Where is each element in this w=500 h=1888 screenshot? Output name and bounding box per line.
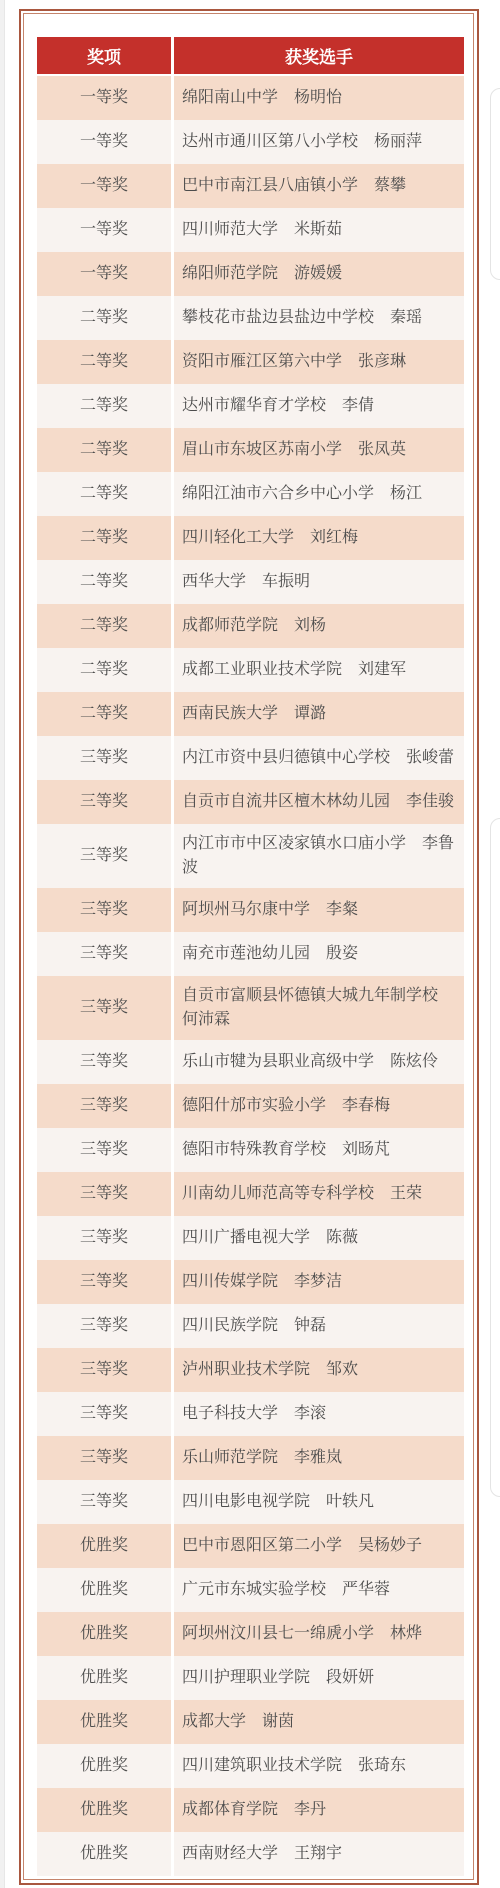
table-row: 三等奖 德阳什邡市实验小学 李春梅 xyxy=(37,1084,464,1128)
award-column-header: 奖项 xyxy=(37,37,174,74)
table-row: 三等奖 电子科技大学 李滚 xyxy=(37,1392,464,1436)
award-cell: 二等奖 xyxy=(37,604,174,648)
table-row: 二等奖 西南民族大学 谭潞 xyxy=(37,692,464,736)
table-row: 三等奖 乐山市犍为县职业高级中学 陈炫伶 xyxy=(37,1040,464,1084)
table-row: 三等奖 四川广播电视大学 陈薇 xyxy=(37,1216,464,1260)
award-cell: 三等奖 xyxy=(37,1128,174,1172)
table-row: 三等奖 阿坝州马尔康中学 李粲 xyxy=(37,888,464,932)
award-cell: 优胜奖 xyxy=(37,1612,174,1656)
winner-cell: 乐山市犍为县职业高级中学 陈炫伶 xyxy=(174,1040,464,1084)
award-cell: 二等奖 xyxy=(37,472,174,516)
winner-cell: 四川电影电视学院 叶轶凡 xyxy=(174,1480,464,1524)
winner-cell: 四川护理职业学院 段妍妍 xyxy=(174,1656,464,1700)
award-cell: 一等奖 xyxy=(37,120,174,164)
award-cell: 一等奖 xyxy=(37,252,174,296)
table-row: 优胜奖 广元市东城实验学校 严华蓉 xyxy=(37,1568,464,1612)
table-row: 三等奖 泸州职业技术学院 邹欢 xyxy=(37,1348,464,1392)
table-row: 三等奖 四川传媒学院 李梦洁 xyxy=(37,1260,464,1304)
award-cell: 二等奖 xyxy=(37,648,174,692)
table-row: 三等奖 乐山师范学院 李雅岚 xyxy=(37,1436,464,1480)
award-table-body: 一等奖 绵阳南山中学 杨明怡 一等奖 达州市通川区第八小学校 杨丽萍 一等奖 巴… xyxy=(37,76,464,1876)
award-cell: 一等奖 xyxy=(37,208,174,252)
award-cell: 三等奖 xyxy=(37,1436,174,1480)
table-row: 一等奖 绵阳南山中学 杨明怡 xyxy=(37,76,464,120)
article-page: 奖项 获奖选手 一等奖 绵阳南山中学 杨明怡 一等奖 达州市通川区第八小学校 杨… xyxy=(0,0,500,1888)
table-row: 二等奖 绵阳江油市六合乡中心小学 杨江 xyxy=(37,472,464,516)
award-cell: 三等奖 xyxy=(37,1480,174,1524)
winner-cell: 成都体育学院 李丹 xyxy=(174,1788,464,1832)
table-row: 三等奖 四川民族学院 钟磊 xyxy=(37,1304,464,1348)
table-row: 优胜奖 西南财经大学 王翔宇 xyxy=(37,1832,464,1876)
award-cell: 三等奖 xyxy=(37,780,174,824)
table-row: 优胜奖 成都大学 谢茵 xyxy=(37,1700,464,1744)
winner-cell: 西华大学 车振明 xyxy=(174,560,464,604)
award-cell: 三等奖 xyxy=(37,1216,174,1260)
winner-cell: 阿坝州马尔康中学 李粲 xyxy=(174,888,464,932)
table-row: 三等奖 自贡市富顺县怀德镇大城九年制学校 何沛霖 xyxy=(37,976,464,1040)
award-cell: 三等奖 xyxy=(37,1392,174,1436)
winner-cell: 成都工业职业技术学院 刘建军 xyxy=(174,648,464,692)
winner-cell: 德阳市特殊教育学校 刘旸芃 xyxy=(174,1128,464,1172)
table-row: 二等奖 资阳市雁江区第六中学 张彦琳 xyxy=(37,340,464,384)
winner-cell: 德阳什邡市实验小学 李春梅 xyxy=(174,1084,464,1128)
winner-cell: 四川传媒学院 李梦洁 xyxy=(174,1260,464,1304)
award-table: 奖项 获奖选手 一等奖 绵阳南山中学 杨明怡 一等奖 达州市通川区第八小学校 杨… xyxy=(37,37,464,1876)
winner-cell: 阿坝州汶川县七一绵虒小学 林烨 xyxy=(174,1612,464,1656)
winner-cell: 四川广播电视大学 陈薇 xyxy=(174,1216,464,1260)
table-row: 二等奖 眉山市东坡区苏南小学 张凤英 xyxy=(37,428,464,472)
winner-cell: 绵阳江油市六合乡中心小学 杨江 xyxy=(174,472,464,516)
table-row: 一等奖 达州市通川区第八小学校 杨丽萍 xyxy=(37,120,464,164)
award-cell: 三等奖 xyxy=(37,736,174,780)
table-row: 三等奖 南充市莲池幼儿园 殷姿 xyxy=(37,932,464,976)
award-cell: 三等奖 xyxy=(37,1304,174,1348)
award-cell: 优胜奖 xyxy=(37,1568,174,1612)
winner-cell: 乐山师范学院 李雅岚 xyxy=(174,1436,464,1480)
winner-cell: 巴中市南江县八庙镇小学 蔡攀 xyxy=(174,164,464,208)
winner-cell: 达州市耀华育才学校 李倩 xyxy=(174,384,464,428)
winner-cell: 攀枝花市盐边县盐边中学校 秦瑶 xyxy=(174,296,464,340)
table-header-row: 奖项 获奖选手 xyxy=(37,37,464,76)
table-row: 三等奖 内江市市中区凌家镇水口庙小学 李鲁波 xyxy=(37,824,464,888)
winner-column-header: 获奖选手 xyxy=(174,37,464,74)
award-cell: 优胜奖 xyxy=(37,1700,174,1744)
table-row: 三等奖 内江市资中县归德镇中心学校 张峻蕾 xyxy=(37,736,464,780)
award-cell: 一等奖 xyxy=(37,76,174,120)
page-left-edge xyxy=(0,0,5,1888)
winner-cell: 资阳市雁江区第六中学 张彦琳 xyxy=(174,340,464,384)
winner-cell: 电子科技大学 李滚 xyxy=(174,1392,464,1436)
table-row: 优胜奖 四川建筑职业技术学院 张琦东 xyxy=(37,1744,464,1788)
award-cell: 二等奖 xyxy=(37,296,174,340)
winner-cell: 内江市市中区凌家镇水口庙小学 李鲁波 xyxy=(174,824,464,888)
winner-cell: 四川轻化工大学 刘红梅 xyxy=(174,516,464,560)
table-row: 三等奖 川南幼儿师范高等专科学校 王荣 xyxy=(37,1172,464,1216)
winner-cell: 川南幼儿师范高等专科学校 王荣 xyxy=(174,1172,464,1216)
winner-cell: 西南民族大学 谭潞 xyxy=(174,692,464,736)
winner-cell: 自贡市富顺县怀德镇大城九年制学校 何沛霖 xyxy=(174,976,464,1040)
winner-cell: 巴中市恩阳区第二小学 吴杨妙子 xyxy=(174,1524,464,1568)
award-cell: 二等奖 xyxy=(37,516,174,560)
winner-cell: 四川建筑职业技术学院 张琦东 xyxy=(174,1744,464,1788)
table-row: 二等奖 成都工业职业技术学院 刘建军 xyxy=(37,648,464,692)
table-row: 三等奖 德阳市特殊教育学校 刘旸芃 xyxy=(37,1128,464,1172)
award-cell: 一等奖 xyxy=(37,164,174,208)
table-row: 三等奖 四川电影电视学院 叶轶凡 xyxy=(37,1480,464,1524)
winner-cell: 四川民族学院 钟磊 xyxy=(174,1304,464,1348)
table-row: 优胜奖 阿坝州汶川县七一绵虒小学 林烨 xyxy=(37,1612,464,1656)
table-row: 三等奖 自贡市自流井区檀木林幼儿园 李佳骏 xyxy=(37,780,464,824)
winner-cell: 绵阳师范学院 游媛媛 xyxy=(174,252,464,296)
award-cell: 三等奖 xyxy=(37,888,174,932)
winner-cell: 眉山市东坡区苏南小学 张凤英 xyxy=(174,428,464,472)
award-cell: 三等奖 xyxy=(37,1260,174,1304)
winner-cell: 绵阳南山中学 杨明怡 xyxy=(174,76,464,120)
award-cell: 优胜奖 xyxy=(37,1656,174,1700)
winner-cell: 成都大学 谢茵 xyxy=(174,1700,464,1744)
award-cell: 二等奖 xyxy=(37,560,174,604)
award-cell: 三等奖 xyxy=(37,1040,174,1084)
award-cell: 二等奖 xyxy=(37,428,174,472)
table-row: 优胜奖 巴中市恩阳区第二小学 吴杨妙子 xyxy=(37,1524,464,1568)
award-cell: 优胜奖 xyxy=(37,1524,174,1568)
table-row: 优胜奖 成都体育学院 李丹 xyxy=(37,1788,464,1832)
table-row: 一等奖 绵阳师范学院 游媛媛 xyxy=(37,252,464,296)
winner-cell: 泸州职业技术学院 邹欢 xyxy=(174,1348,464,1392)
table-row: 二等奖 西华大学 车振明 xyxy=(37,560,464,604)
award-cell: 优胜奖 xyxy=(37,1832,174,1876)
winner-cell: 四川师范大学 米斯茹 xyxy=(174,208,464,252)
table-row: 二等奖 达州市耀华育才学校 李倩 xyxy=(37,384,464,428)
winner-cell: 南充市莲池幼儿园 殷姿 xyxy=(174,932,464,976)
table-row: 一等奖 四川师范大学 米斯茹 xyxy=(37,208,464,252)
winner-cell: 广元市东城实验学校 严华蓉 xyxy=(174,1568,464,1612)
table-row: 优胜奖 四川护理职业学院 段妍妍 xyxy=(37,1656,464,1700)
table-row: 二等奖 四川轻化工大学 刘红梅 xyxy=(37,516,464,560)
table-row: 一等奖 巴中市南江县八庙镇小学 蔡攀 xyxy=(37,164,464,208)
award-cell: 优胜奖 xyxy=(37,1744,174,1788)
winner-cell: 西南财经大学 王翔宇 xyxy=(174,1832,464,1876)
floating-panel-top xyxy=(490,88,500,280)
award-cell: 三等奖 xyxy=(37,824,174,888)
winner-cell: 成都师范学院 刘杨 xyxy=(174,604,464,648)
winner-cell: 自贡市自流井区檀木林幼儿园 李佳骏 xyxy=(174,780,464,824)
award-cell: 优胜奖 xyxy=(37,1788,174,1832)
floating-panel-bottom xyxy=(490,818,500,1497)
award-cell: 二等奖 xyxy=(37,384,174,428)
award-cell: 二等奖 xyxy=(37,692,174,736)
award-cell: 三等奖 xyxy=(37,1348,174,1392)
award-cell: 三等奖 xyxy=(37,976,174,1040)
award-cell: 三等奖 xyxy=(37,932,174,976)
winner-cell: 达州市通川区第八小学校 杨丽萍 xyxy=(174,120,464,164)
award-cell: 三等奖 xyxy=(37,1084,174,1128)
table-row: 二等奖 攀枝花市盐边县盐边中学校 秦瑶 xyxy=(37,296,464,340)
award-cell: 二等奖 xyxy=(37,340,174,384)
table-row: 二等奖 成都师范学院 刘杨 xyxy=(37,604,464,648)
winner-cell: 内江市资中县归德镇中心学校 张峻蕾 xyxy=(174,736,464,780)
award-cell: 三等奖 xyxy=(37,1172,174,1216)
